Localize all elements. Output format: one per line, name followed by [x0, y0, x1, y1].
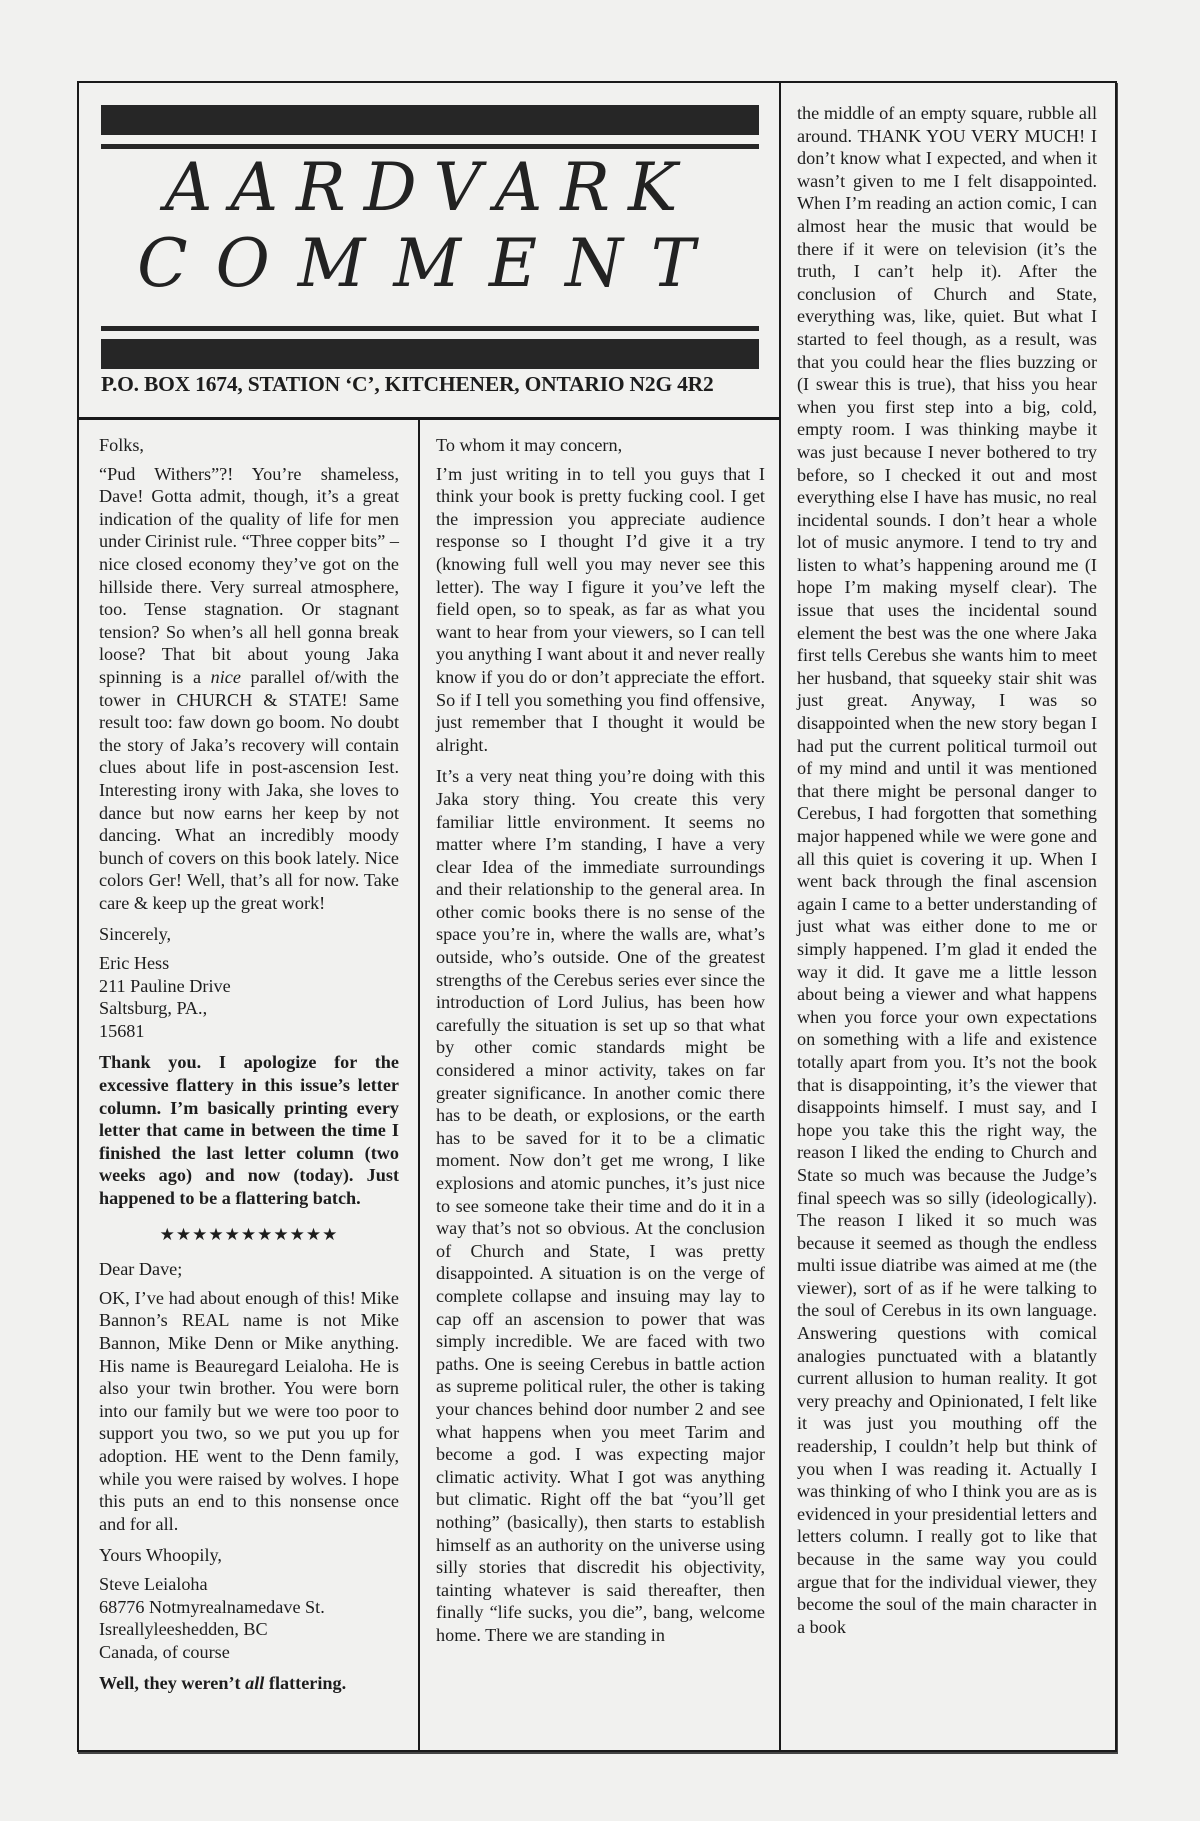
masthead-bottom-bar: [101, 339, 759, 369]
editor-reply-1: Thank you. I apologize for the excessive…: [99, 1051, 399, 1209]
letters-page-frame: AARDVARK COMMENT P.O. BOX 1674, STATION …: [77, 81, 1117, 1752]
mailing-address: P.O. BOX 1674, STATION ‘C’, KITCHENER, O…: [101, 372, 765, 397]
masthead-title-comment: COMMENT: [101, 231, 759, 297]
letter2-closing: Yours Whoopily,: [99, 1544, 399, 1567]
letter1-signature: Eric Hess 211 Pauline Drive Saltsburg, P…: [99, 952, 399, 1042]
letter1-salutation: Folks,: [99, 434, 399, 457]
masthead-panel: AARDVARK COMMENT P.O. BOX 1674, STATION …: [79, 83, 781, 420]
masthead-title-aardvark: AARDVARK: [101, 155, 759, 221]
star-separator: ★★★★★★★★★★★: [99, 1224, 399, 1247]
letter1-closing: Sincerely,: [99, 923, 399, 946]
letter3-salutation: To whom it may concern,: [436, 434, 765, 457]
letter3-paragraph-1: I’m just writing in to tell you guys tha…: [436, 463, 765, 757]
letter2-signature: Steve Leialoha 68776 Notmyrealnamedave S…: [99, 1573, 399, 1663]
column-3: the middle of an empty square, rubble al…: [781, 83, 1117, 1752]
masthead-bottom-rule: [101, 326, 759, 331]
letter3-paragraph-2: It’s a very neat thing you’re doing with…: [436, 765, 765, 1646]
letter2-salutation: Dear Dave;: [99, 1258, 399, 1281]
letter1-body: “Pud Withers”?! You’re shameless, Dave! …: [99, 463, 399, 915]
letter3-continuation: the middle of an empty square, rubble al…: [797, 102, 1097, 1638]
column-2: To whom it may concern, I’m just writing…: [420, 420, 781, 1752]
masthead-top-bar: [101, 105, 759, 135]
column-1: Folks, “Pud Withers”?! You’re shameless,…: [79, 420, 420, 1752]
editor-reply-2: Well, they weren’t all flattering.: [99, 1672, 399, 1695]
letter2-body: OK, I’ve had about enough of this! Mike …: [99, 1287, 399, 1536]
